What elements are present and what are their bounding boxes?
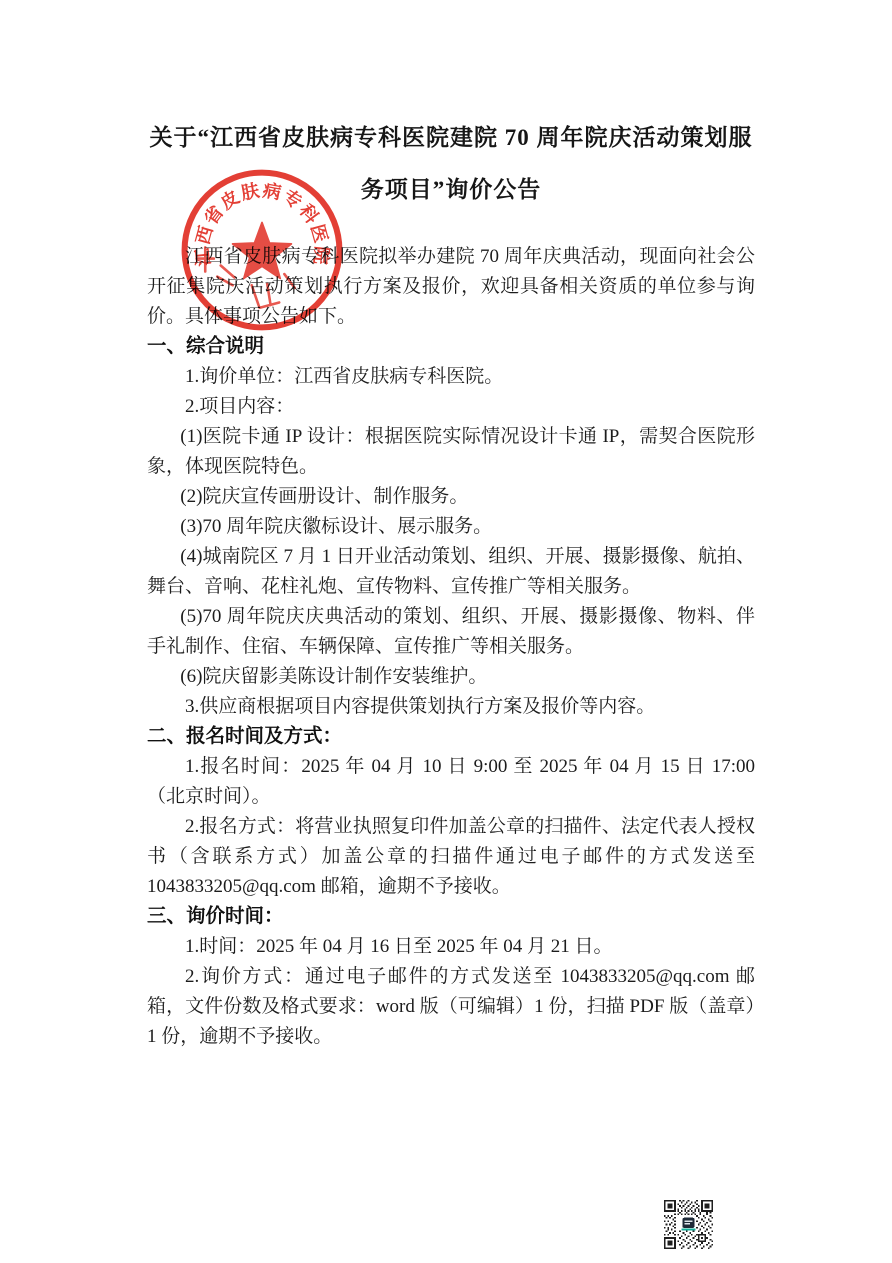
- qr-code: [664, 1200, 713, 1249]
- paragraph: 1.询价单位：江西省皮肤病专科医院。: [147, 362, 755, 392]
- document-page: 关于“江西省皮肤病专科医院建院 70 周年院庆活动策划服务项目”询价公告 江西省…: [0, 0, 892, 1263]
- qr-center-logo-icon: [682, 1218, 696, 1231]
- paragraph: (1)医院卡通 IP 设计：根据医院实际情况设计卡通 IP，需契合医院形象，体现…: [147, 422, 755, 482]
- paragraph: 2.报名方式：将营业执照复印件加盖公章的扫描件、法定代表人授权书（含联系方式）加…: [147, 812, 755, 902]
- section-heading-inquiry-time: 三、询价时间：: [147, 902, 755, 932]
- paragraph: (5)70 周年院庆庆典活动的策划、组织、开展、摄影摄像、物料、伴手礼制作、住宿…: [147, 602, 755, 662]
- section-general: 一、综合说明 1.询价单位：江西省皮肤病专科医院。 2.项目内容： (1)医院卡…: [147, 332, 755, 722]
- section-heading-registration: 二、报名时间及方式：: [147, 722, 755, 752]
- paragraph: 2.询价方式：通过电子邮件的方式发送至 1043833205@qq.com 邮箱…: [147, 962, 755, 1052]
- paragraph: 1.报名时间：2025 年 04 月 10 日 9:00 至 2025 年 04…: [147, 752, 755, 812]
- paragraph: (2)院庆宣传画册设计、制作服务。: [147, 482, 755, 512]
- section-heading-general: 一、综合说明: [147, 332, 755, 362]
- section-registration: 二、报名时间及方式： 1.报名时间：2025 年 04 月 10 日 9:00 …: [147, 722, 755, 902]
- announcement-body: 关于“江西省皮肤病专科医院建院 70 周年院庆活动策划服务项目”询价公告 江西省…: [147, 112, 755, 1052]
- paragraph: (6)院庆留影美陈设计制作安装维护。: [147, 662, 755, 692]
- paragraph: 1.时间：2025 年 04 月 16 日至 2025 年 04 月 21 日。: [147, 932, 755, 962]
- paragraph: 2.项目内容：: [147, 392, 755, 422]
- page-title: 关于“江西省皮肤病专科医院建院 70 周年院庆活动策划服务项目”询价公告: [147, 112, 755, 216]
- paragraph: (4)城南院区 7 月 1 日开业活动策划、组织、开展、摄影摄像、航拍、舞台、音…: [147, 542, 755, 602]
- intro-paragraph: 江西省皮肤病专科医院拟举办建院 70 周年庆典活动，现面向社会公开征集院庆活动策…: [147, 242, 755, 332]
- paragraph: 3.供应商根据项目内容提供策划执行方案及报价等内容。: [147, 692, 755, 722]
- paragraph: (3)70 周年院庆徽标设计、展示服务。: [147, 512, 755, 542]
- section-inquiry-time: 三、询价时间： 1.时间：2025 年 04 月 16 日至 2025 年 04…: [147, 902, 755, 1052]
